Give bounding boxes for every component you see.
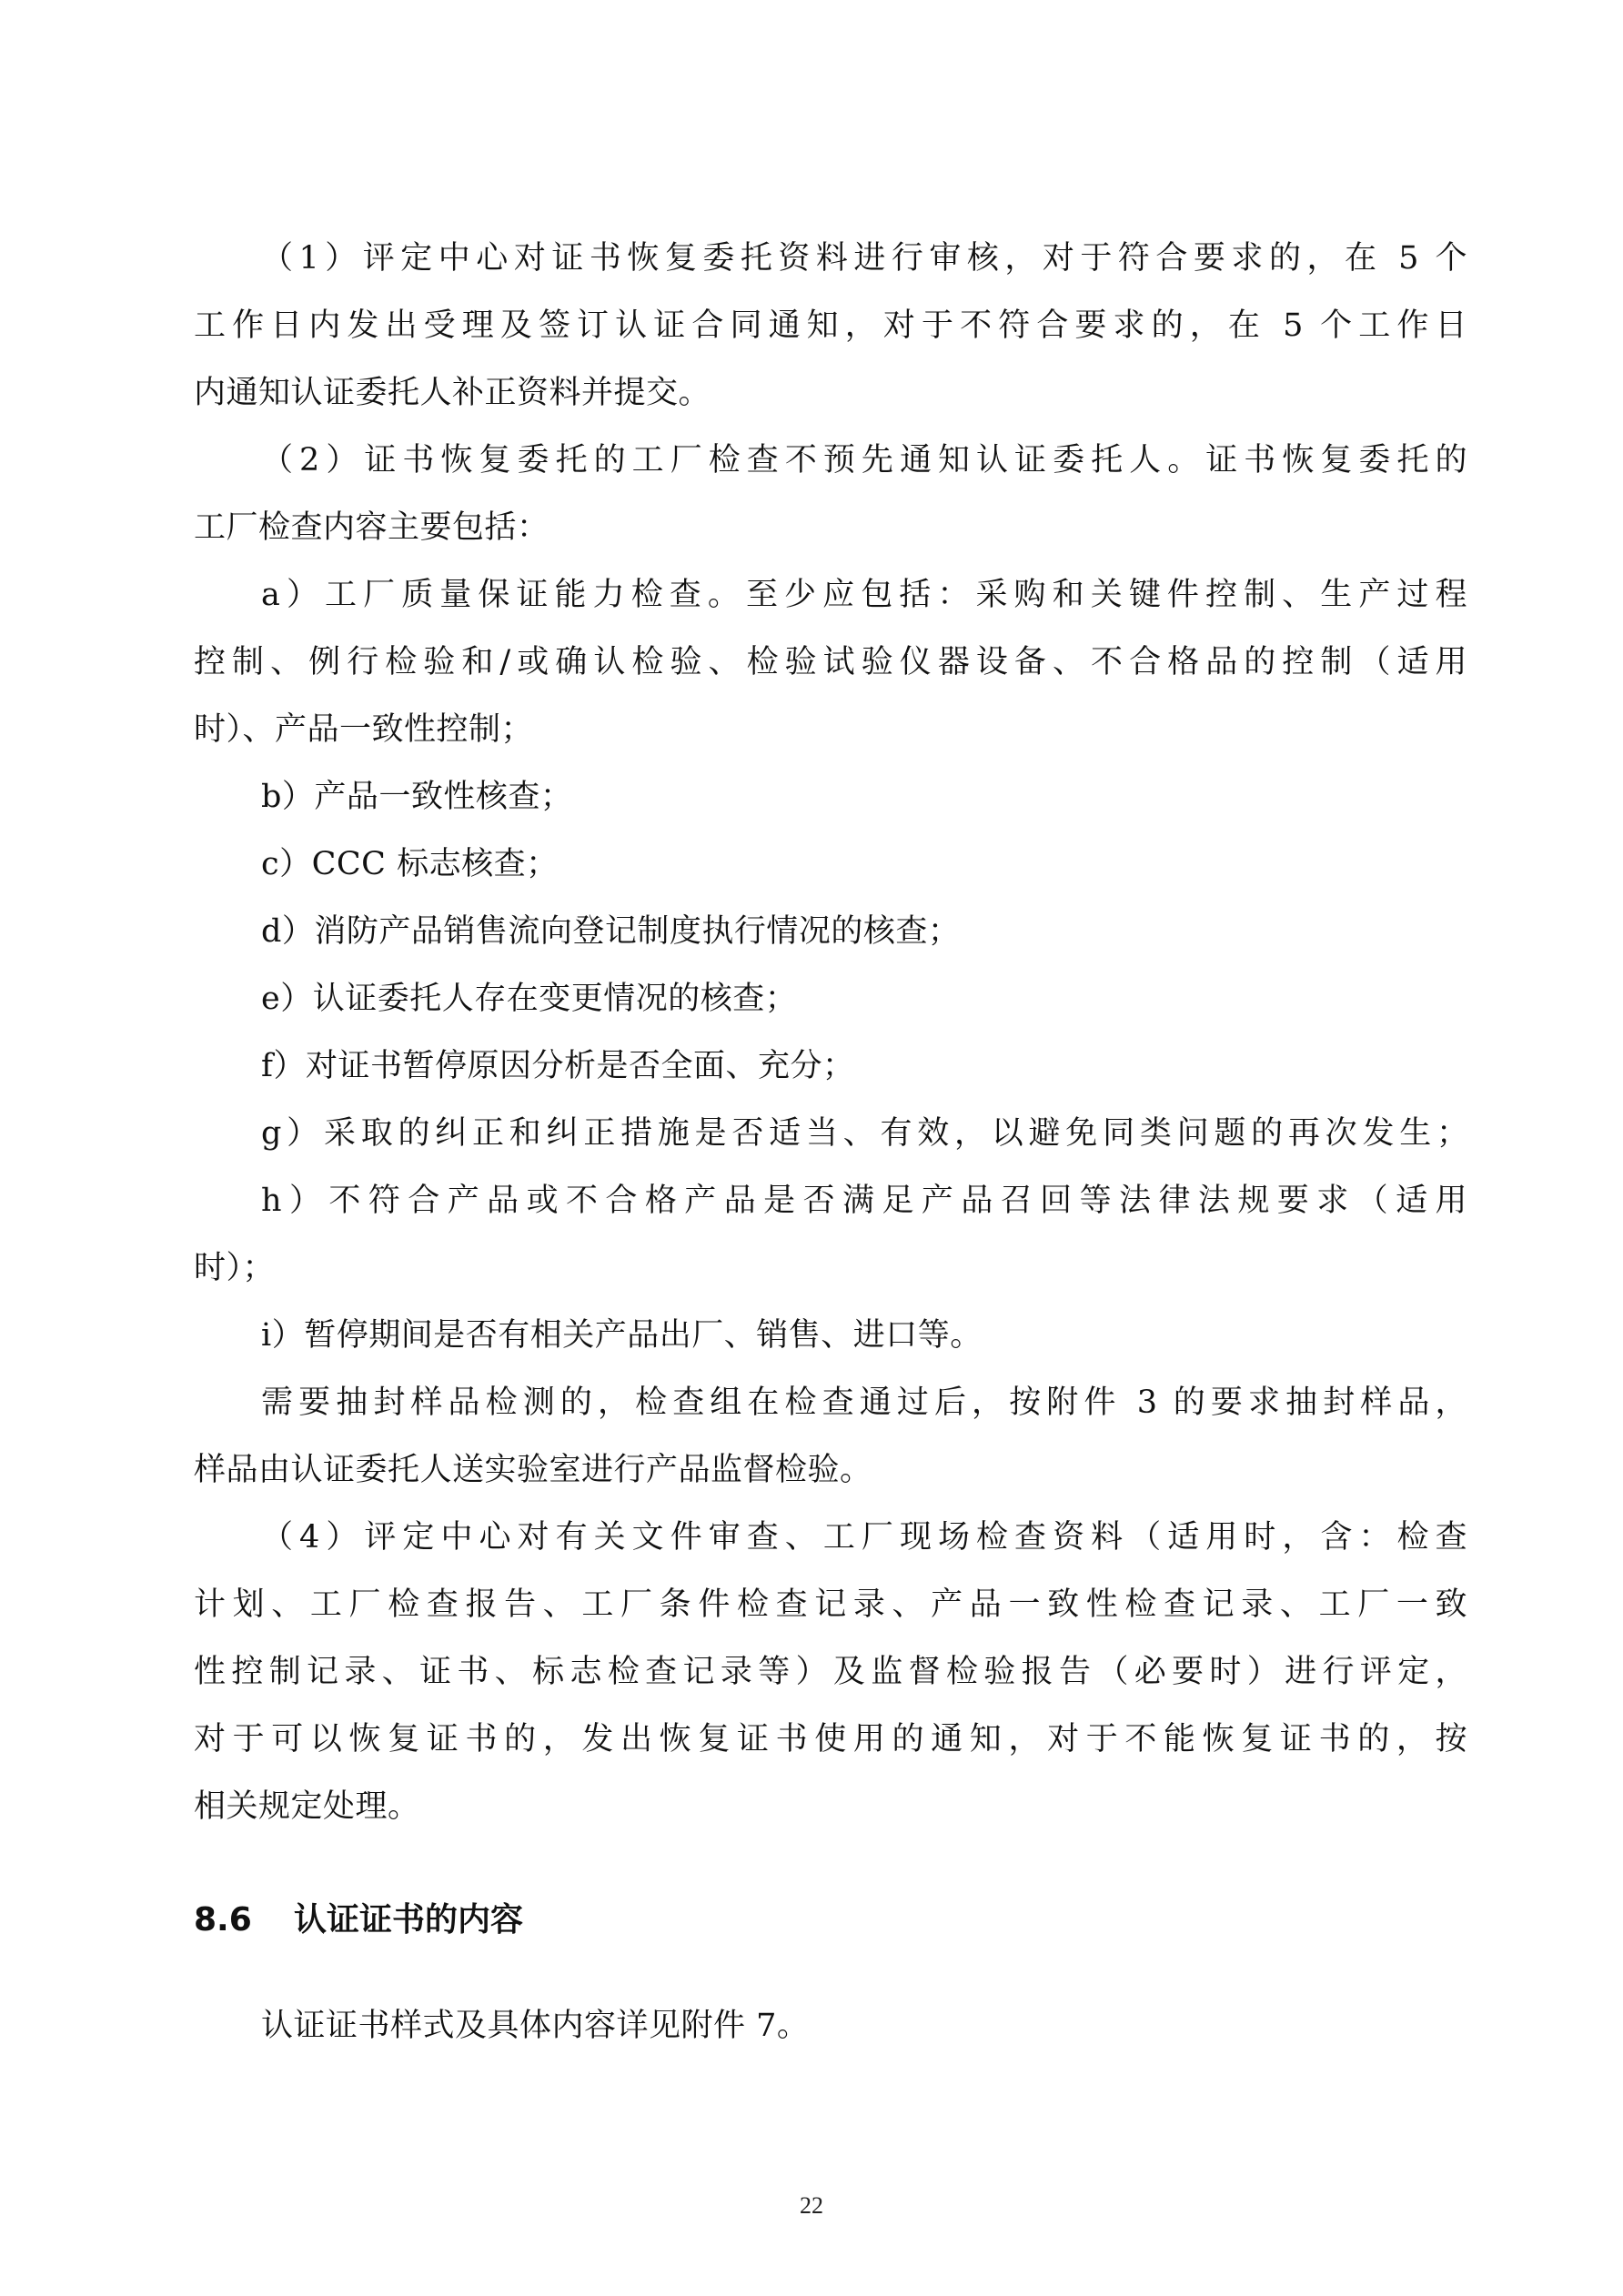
item-a-line-1: a）工厂质量保证能力检查。至少应包括：采购和关键件控制、生产过程 bbox=[261, 575, 1467, 615]
sampling-line-2: 样品由认证委托人送实验室进行产品监督检验。 bbox=[194, 1450, 1467, 1490]
item-h-line-2: 时）； bbox=[194, 1248, 1467, 1288]
section-number: 8.6 bbox=[194, 1899, 294, 1941]
paragraph-4-line-5: 相关规定处理。 bbox=[194, 1787, 1467, 1827]
paragraph-2-line-2: 工厂检查内容主要包括： bbox=[194, 508, 1467, 548]
item-i: i）暂停期间是否有相关产品出厂、销售、进口等。 bbox=[261, 1315, 1467, 1355]
item-d: d）消防产品销售流向登记制度执行情况的核查； bbox=[261, 911, 1467, 952]
paragraph-1-line-3: 内通知认证委托人补正资料并提交。 bbox=[194, 373, 1467, 413]
item-a-line-3: 时）、产品一致性控制； bbox=[194, 710, 1467, 750]
item-g: g）采取的纠正和纠正措施是否适当、有效，以避免同类问题的再次发生； bbox=[261, 1113, 1467, 1153]
sampling-line-1: 需要抽封样品检测的，检查组在检查通过后，按附件 3 的要求抽封样品， bbox=[261, 1383, 1467, 1423]
section-heading: 8.6认证证书的内容 bbox=[194, 1899, 523, 1941]
section-title: 认证证书的内容 bbox=[294, 1901, 523, 1939]
item-b: b）产品一致性核查； bbox=[261, 777, 1467, 817]
paragraph-2-line-1: （2）证书恢复委托的工厂检查不预先通知认证委托人。证书恢复委托的 bbox=[261, 440, 1467, 480]
paragraph-4-line-2: 计划、工厂检查报告、工厂条件检查记录、产品一致性检查记录、工厂一致 bbox=[194, 1585, 1467, 1625]
paragraph-1-line-1: （1）评定中心对证书恢复委托资料进行审核，对于符合要求的，在 5 个 bbox=[261, 238, 1467, 278]
document-page: （1）评定中心对证书恢复委托资料进行审核，对于符合要求的，在 5 个 工作日内发… bbox=[0, 0, 1623, 2296]
paragraph-4-line-4: 对于可以恢复证书的，发出恢复证书使用的通知，对于不能恢复证书的，按 bbox=[194, 1719, 1467, 1759]
paragraph-4-line-1: （4）评定中心对有关文件审查、工厂现场检查资料（适用时，含：检查 bbox=[261, 1517, 1467, 1557]
item-e: e）认证委托人存在变更情况的核查； bbox=[261, 979, 1467, 1019]
item-a-line-2: 控制、例行检验和/或确认检验、检验试验仪器设备、不合格品的控制（适用 bbox=[194, 642, 1467, 682]
item-c: c）CCC 标志核查； bbox=[261, 844, 1467, 884]
section-body: 认证证书样式及具体内容详见附件 7。 bbox=[261, 2006, 1467, 2046]
item-f: f）对证书暂停原因分析是否全面、充分； bbox=[261, 1046, 1467, 1086]
paragraph-4-line-3: 性控制记录、证书、标志检查记录等）及监督检验报告（必要时）进行评定， bbox=[194, 1652, 1467, 1692]
paragraph-1-line-2: 工作日内发出受理及签订认证合同通知，对于不符合要求的，在 5 个工作日 bbox=[194, 306, 1467, 346]
item-h-line-1: h）不符合产品或不合格产品是否满足产品召回等法律法规要求（适用 bbox=[261, 1181, 1467, 1221]
page-number: 22 bbox=[0, 2192, 1623, 2220]
